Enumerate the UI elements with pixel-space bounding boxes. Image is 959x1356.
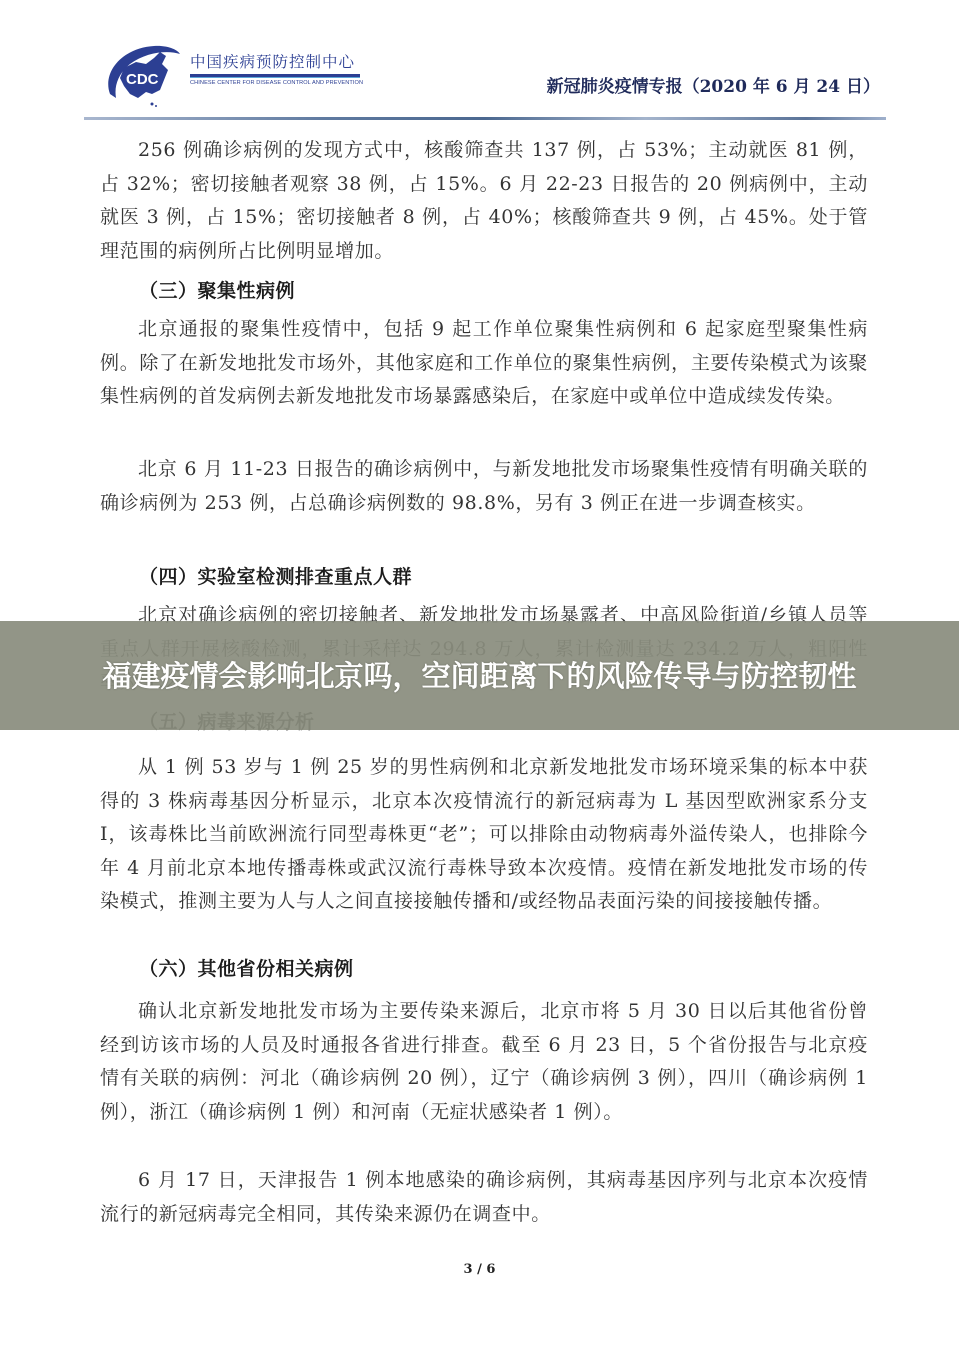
document-page: CDC 中国疾病预防控制中心 CHINESE CENTER FOR DISEAS…	[0, 0, 959, 1356]
org-name-en: CHINESE CENTER FOR DISEASE CONTROL AND P…	[190, 80, 363, 86]
paragraph-other-provinces: 确认北京新发地批发市场为主要传染来源后，北京市将 5 月 30 日以后其他省份曾…	[100, 995, 868, 1129]
paragraph-case-discovery: 256 例确诊病例的发现方式中，核酸筛查共 137 例，占 53%；主动就医 8…	[100, 134, 868, 268]
section-heading-other-provinces: （六）其他省份相关病例	[102, 954, 354, 981]
paragraph-cluster-outbreaks: 北京通报的聚集性疫情中，包括 9 起工作单位聚集性病例和 6 起家庭型聚集性病例…	[100, 313, 868, 414]
cdc-logo-icon: CDC	[102, 42, 184, 112]
report-title: 新冠肺炎疫情专报（2020 年 6 月 24 日）	[547, 72, 880, 97]
paragraph-tianjin-case: 6 月 17 日，天津报告 1 例本地感染的确诊病例，其病毒基因序列与北京本次疫…	[100, 1164, 868, 1231]
org-name-cn: 中国疾病预防控制中心	[190, 50, 355, 72]
paragraph-confirmed-linkage: 北京 6 月 11-23 日报告的确诊病例中，与新发地批发市场聚集性疫情有明确关…	[100, 453, 868, 520]
section-heading-cluster-cases: （三）聚集性病例	[102, 276, 295, 303]
overlay-title: 福建疫情会影响北京吗，空间距离下的风险传导与防控韧性	[30, 658, 930, 694]
paragraph-virus-source: 从 1 例 53 岁与 1 例 25 岁的男性病例和北京新发地批发市场环境采集的…	[100, 751, 868, 919]
document-header: CDC 中国疾病预防控制中心 CHINESE CENTER FOR DISEAS…	[96, 38, 886, 118]
header-divider	[84, 117, 886, 120]
title-overlay-banner: 福建疫情会影响北京吗，空间距离下的风险传导与防控韧性	[0, 621, 959, 730]
org-name-underline-accent	[190, 77, 360, 78]
section-heading-lab-testing: （四）实验室检测排查重点人群	[102, 562, 412, 589]
svg-text:CDC: CDC	[126, 71, 159, 88]
page-number: 3 / 6	[0, 1262, 959, 1277]
